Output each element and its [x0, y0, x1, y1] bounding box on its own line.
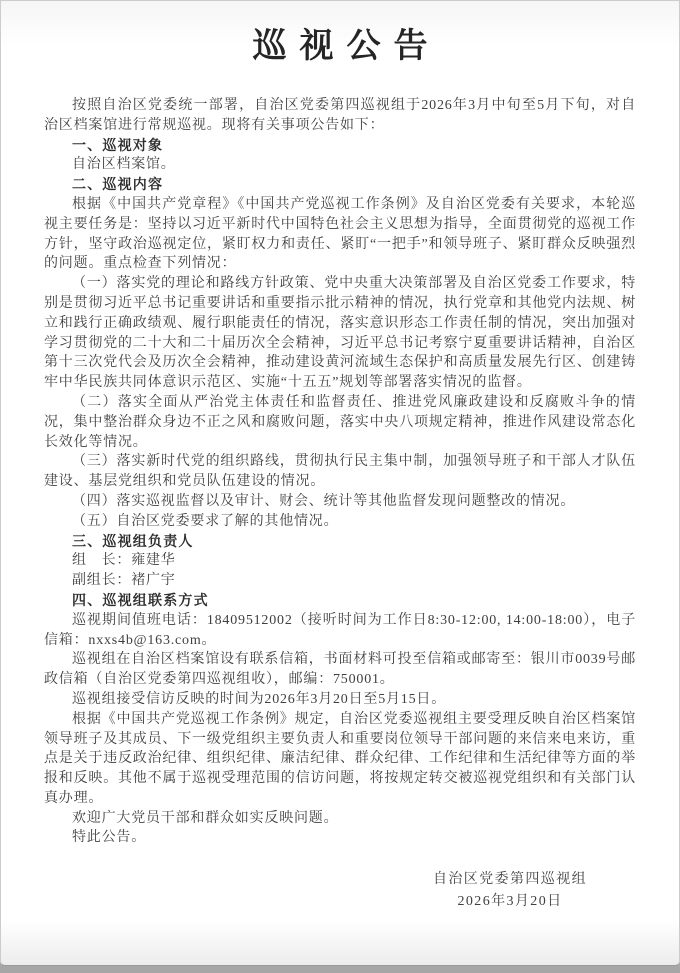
paragraph: （四）落实巡视监督以及审计、财会、统计等其他监督发现问题整改的情况。: [44, 492, 636, 512]
paragraph: 根据《中国共产党章程》《中国共产党巡视工作条例》及自治区党委有关要求，本轮巡视主…: [44, 195, 636, 274]
paragraph: （五）自治区党委要求了解的其他情况。: [44, 512, 636, 532]
paragraph: （一）落实党的理论和路线方针政策、党中央重大决策部署及自治区党委工作要求，特别是…: [44, 274, 636, 393]
document-page: 巡视公告 按照自治区党委统一部署，自治区党委第四巡视组于2026年3月中旬至5月…: [0, 0, 680, 966]
section-heading: 二、巡视内容: [44, 175, 636, 195]
paragraph: 根据《中国共产党巡视工作条例》规定，自治区党委巡视组主要受理反映自治区档案馆领导…: [44, 710, 636, 809]
paragraph: 按照自治区党委统一部署，自治区党委第四巡视组于2026年3月中旬至5月下旬，对自…: [44, 96, 636, 136]
document-title: 巡视公告: [1, 25, 679, 69]
paragraph: 巡视期间值班电话：18409512002（接听时间为工作日8:30-12:00,…: [44, 611, 636, 651]
signature-date: 2026年3月20日: [433, 891, 587, 913]
paragraph: 自治区档案馆。: [44, 155, 636, 175]
document-body: 按照自治区党委统一部署，自治区党委第四巡视组于2026年3月中旬至5月下旬，对自…: [1, 96, 679, 848]
section-heading: 一、巡视对象: [44, 136, 636, 156]
section-heading: 四、巡视组联系方式: [44, 591, 636, 611]
paragraph: 特此公告。: [44, 828, 636, 848]
paragraph: 巡视组接受信访反映的时间为2026年3月20日至5月15日。: [44, 690, 636, 710]
signature-block: 自治区党委第四巡视组 2026年3月20日: [433, 869, 587, 913]
paragraph: 副组长：褚广宇: [44, 571, 636, 591]
paragraph: 欢迎广大党员干部和群众如实反映问题。: [44, 809, 636, 829]
signature-org: 自治区党委第四巡视组: [433, 869, 587, 891]
section-heading: 三、巡视组负责人: [44, 532, 636, 552]
paragraph: 巡视组在自治区档案馆设有联系信箱，书面材料可投至信箱或邮寄至：银川市0039号邮…: [44, 650, 636, 690]
paragraph: （三）落实新时代党的组织路线，贯彻执行民主集中制，加强领导班子和干部人才队伍建设…: [44, 452, 636, 492]
paragraph: （二）落实全面从严治党主体责任和监督责任、推进党风廉政建设和反腐败斗争的情况，集…: [44, 393, 636, 452]
paragraph: 组 长：雍建华: [44, 551, 636, 571]
